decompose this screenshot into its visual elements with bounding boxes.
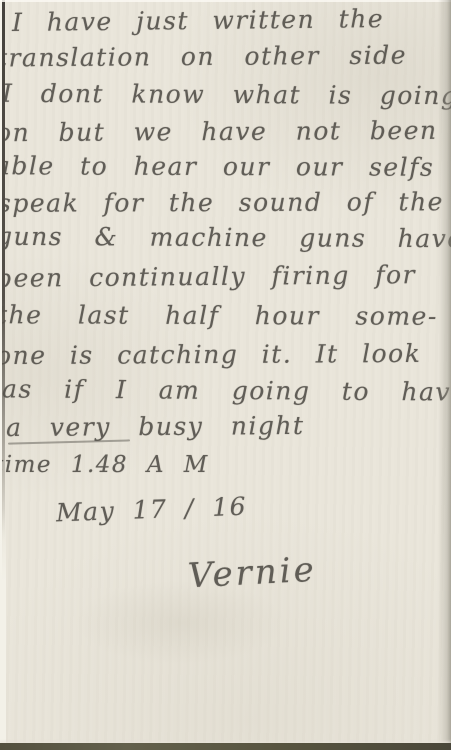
paper-bottom-edge <box>0 743 451 750</box>
handwritten-line: I have just written the <box>12 6 384 35</box>
handwritten-line: as if I am going to have <box>2 376 451 404</box>
letter-photo: I have just written the translation on o… <box>0 0 451 750</box>
handwritten-line: speak for the sound of the <box>0 189 444 216</box>
handwritten-line: a very busy night <box>6 413 305 440</box>
paper-left-edge-bottom <box>0 510 6 750</box>
paper-right-edge-shadow <box>438 0 451 750</box>
handwritten-line: translation on other side <box>0 43 407 71</box>
handwritten-line: on but we have not been <box>0 118 438 145</box>
paper: I have just written the translation on o… <box>0 0 451 750</box>
handwritten-line: able to hear our our selfs <box>0 153 434 180</box>
handwritten-line: guns & machine guns have <box>0 224 451 251</box>
paper-top-edge <box>0 0 451 2</box>
handwritten-line: the last half hour some- <box>0 302 438 329</box>
signature: Vernie <box>187 553 317 594</box>
handwritten-line: one is catching it. It look <box>0 341 421 368</box>
handwritten-line: I dont know what is going <box>2 81 451 108</box>
handwritten-line: been continually firing for <box>0 262 416 291</box>
time-line: time 1.48 A M <box>0 454 209 477</box>
date-line: May 17 / 16 <box>56 494 248 526</box>
